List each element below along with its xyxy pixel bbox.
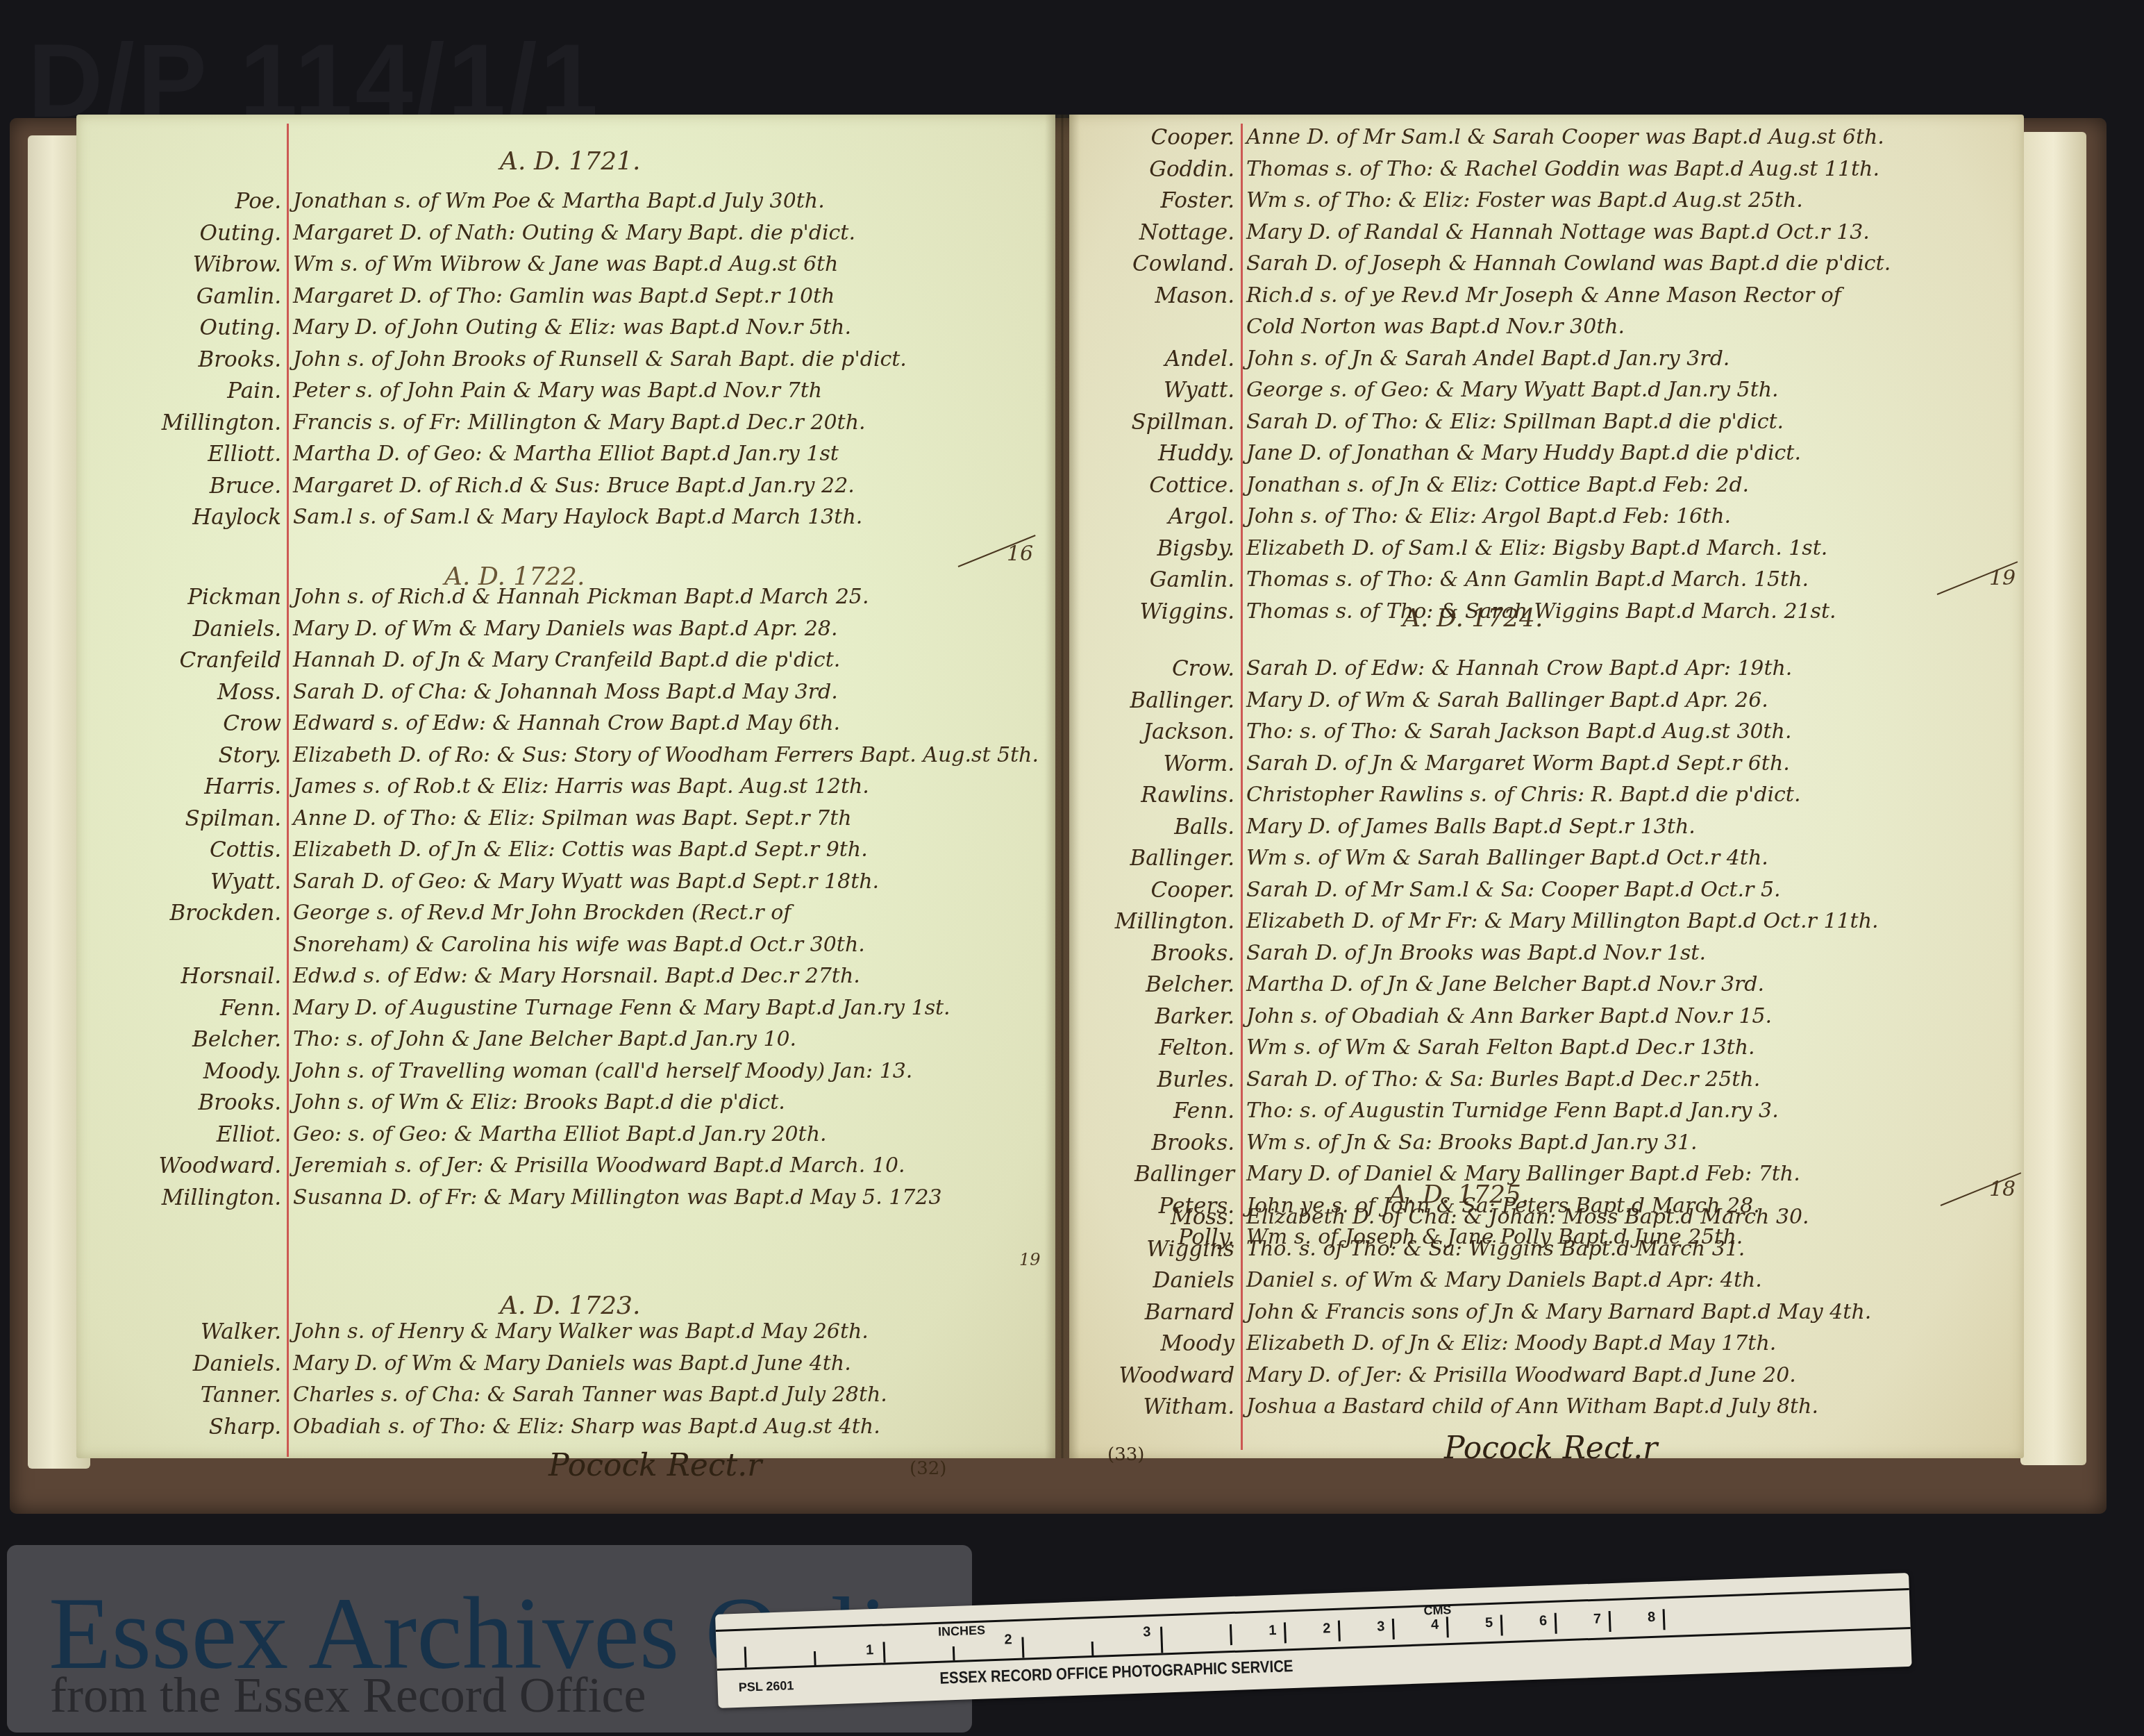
baptism-entry: Tho: s. of Tho: & Sarah Jackson Bapt.d A…: [1246, 719, 1791, 744]
entry-surname: Moody.: [203, 1059, 281, 1084]
entry-surname: Brooks.: [1152, 941, 1234, 966]
entry-surname: Fenn.: [1173, 1099, 1234, 1124]
entry-surname: Ballinger.: [1130, 688, 1234, 713]
baptism-entry: Wm s. of Tho: & Eliz: Foster was Bapt.d …: [1246, 188, 1803, 212]
cm-label: 8: [1648, 1610, 1656, 1626]
entry-surname: Barker.: [1155, 1004, 1234, 1029]
entry-surname: Pain.: [227, 378, 281, 403]
baptism-entry: Sam.l s. of Sam.l & Mary Haylock Bapt.d …: [293, 505, 862, 529]
baptism-entry: John s. of Rich.d & Hannah Pickman Bapt.…: [293, 585, 869, 609]
entry-surname: Tanner.: [201, 1383, 281, 1408]
entry-surname: Rawlins.: [1141, 783, 1234, 808]
baptism-entry: Sarah D. of Tho: & Eliz: Spillman Bapt.d…: [1246, 410, 1784, 434]
baptism-entry: Wm s. of Wm & Sarah Ballinger Bapt.d Oct…: [1246, 846, 1768, 870]
baptism-entry: Sarah D. of Jn Brooks was Bapt.d Nov.r 1…: [1246, 941, 1706, 965]
entry-surname: Brockden.: [170, 901, 281, 926]
baptism-entry: Sarah D. of Jn & Margaret Worm Bapt.d Se…: [1246, 751, 1790, 776]
baptism-entry: Tho: s. of John & Jane Belcher Bapt.d Ja…: [293, 1027, 796, 1051]
entry-surname: Ballinger: [1134, 1162, 1234, 1187]
entry-surname: Sharp.: [209, 1414, 281, 1439]
baptism-entry: George s. of Rev.d Mr John Brockden (Rec…: [293, 901, 791, 925]
baptism-entry: Charles s. of Cha: & Sarah Tanner was Ba…: [293, 1383, 887, 1407]
ruler-tick: [1284, 1622, 1287, 1643]
entry-surname: Daniels.: [193, 617, 281, 642]
entry-surname: Millington.: [1115, 909, 1234, 934]
cm-label: 7: [1593, 1611, 1602, 1627]
entry-surname: Wiggins.: [1139, 599, 1234, 624]
inch-label: 1: [866, 1642, 874, 1658]
baptism-entry: Obadiah s. of Tho: & Eliz: Sharp was Bap…: [293, 1414, 880, 1439]
cm-label: 2: [1323, 1621, 1331, 1637]
baptism-entry: Mary D. of Wm & Mary Daniels was Bapt.d …: [293, 617, 837, 641]
baptism-entry: James s. of Rob.t & Eliz: Harris was Bap…: [293, 774, 869, 799]
baptism-entry: Wm s. of Wm & Sarah Felton Bapt.d Dec.r …: [1246, 1035, 1755, 1060]
entry-surname: Goddin.: [1149, 157, 1234, 182]
ruler-tick: [1500, 1614, 1503, 1635]
entry-surname: Andel.: [1165, 347, 1234, 372]
entry-surname: Story.: [219, 743, 281, 768]
baptism-entry: Tho: s. of Augustin Turnidge Fenn Bapt.d…: [1246, 1099, 1779, 1123]
left-margin-rule: [287, 124, 289, 1457]
right-page-edges: [2020, 132, 2086, 1465]
ruler-tick: [1160, 1627, 1163, 1653]
entry-surname: Cooper.: [1150, 878, 1234, 903]
baptism-entry: Margaret D. of Rich.d & Sus: Bruce Bapt.…: [293, 474, 855, 498]
baptism-entry: Mary D. of James Balls Bapt.d Sept.r 13t…: [1246, 815, 1695, 839]
entry-surname: Poe.: [235, 189, 281, 214]
entry-surname: Harris.: [204, 774, 281, 799]
entry-surname: Gamlin.: [1150, 567, 1234, 592]
baptism-entry: Jonathan s. of Jn & Eliz: Cottice Bapt.d…: [1246, 473, 1749, 497]
entry-surname: Huddy.: [1158, 441, 1234, 466]
baptism-entry: Tho. s. of Tho: & Sa: Wiggins Bapt.d Mar…: [1246, 1237, 1745, 1261]
baptism-entry: Edward s. of Edw: & Hannah Crow Bapt.d M…: [293, 711, 840, 735]
entry-surname: Millington.: [162, 410, 281, 435]
ruler-tick: [1021, 1637, 1024, 1658]
ruler-tick: [1392, 1619, 1395, 1639]
entry-surname: Wibrow.: [193, 252, 281, 277]
baptism-entry: Margaret D. of Nath: Outing & Mary Bapt.…: [293, 221, 855, 245]
cm-label: 4: [1431, 1617, 1439, 1633]
entry-surname: Jackson.: [1144, 719, 1234, 744]
ruler-service-label: ESSEX RECORD OFFICE PHOTOGRAPHIC SERVICE: [939, 1657, 1293, 1689]
baptism-entry: Francis s. of Fr: Millington & Mary Bapt…: [293, 410, 866, 435]
entry-surname: Fenn.: [220, 996, 281, 1021]
ruler-divider: [717, 1627, 1911, 1671]
baptism-entry: Thomas s. of Tho: & Ann Gamlin Bapt.d Ma…: [1246, 567, 1809, 592]
ruler-tick: [1338, 1621, 1341, 1642]
entry-surname: Horsnail.: [181, 964, 281, 989]
watermark-subtitle: from the Essex Record Office: [50, 1667, 646, 1724]
book-gutter: [1045, 115, 1080, 1458]
entry-surname: Wiggins: [1146, 1237, 1234, 1262]
entry-surname: Elliott.: [208, 442, 281, 467]
baptism-entry: Elizabeth D. of Sam.l & Eliz: Bigsby Bap…: [1246, 536, 1827, 560]
baptism-entry: John s. of Henry & Mary Walker was Bapt.…: [293, 1319, 869, 1344]
baptism-entry: Margaret D. of Tho: Gamlin was Bapt.d Se…: [293, 284, 835, 308]
baptism-entry: Jeremiah s. of Jer: & Prisilla Woodward …: [293, 1153, 905, 1178]
baptism-entry: Mary D. of Wm & Mary Daniels was Bapt.d …: [293, 1351, 851, 1376]
entry-surname: Outing.: [200, 221, 281, 246]
ruler-tick: [1609, 1611, 1611, 1632]
baptism-entry: John s. of Wm & Eliz: Brooks Bapt.d die …: [293, 1090, 785, 1115]
baptism-entry: Sarah D. of Edw: & Hannah Crow Bapt.d Ap…: [1246, 656, 1792, 681]
ruler-tick: [1555, 1613, 1557, 1634]
rector-signature: Pocock Rect.r: [1444, 1430, 1657, 1466]
baptism-entry: Christopher Rawlins s. of Chris: R. Bapt…: [1246, 783, 1800, 807]
entry-surname: Moss.: [1171, 1205, 1234, 1230]
baptism-entry: Thomas s. of Tho: & Rachel Goddin was Ba…: [1246, 157, 1879, 181]
page-number: (33): [1107, 1444, 1144, 1465]
entry-surname: Woodward.: [159, 1153, 281, 1178]
entry-surname: Pickman: [187, 585, 281, 610]
entry-surname: Belcher.: [192, 1027, 281, 1052]
ruler-tick: [814, 1651, 816, 1665]
baptism-entry: Geo: s. of Geo: & Martha Elliot Bapt.d J…: [293, 1122, 827, 1146]
baptism-entry: Elizabeth D. of Jn & Eliz: Cottis was Ba…: [293, 837, 868, 862]
baptism-entry: John s. of Tho: & Eliz: Argol Bapt.d Feb…: [1246, 504, 1731, 528]
entry-surname: Daniels: [1153, 1268, 1234, 1293]
entry-surname: Millington.: [162, 1185, 281, 1210]
baptism-entry: Sarah D. of Cha: & Johannah Moss Bapt.d …: [293, 680, 838, 704]
baptism-entry: John s. of Obadiah & Ann Barker Bapt.d N…: [1246, 1004, 1772, 1028]
cm-label: 1: [1268, 1623, 1277, 1639]
baptism-entry: Thomas s. of Tho: & Sarah Wiggins Bapt.d…: [1246, 599, 1836, 624]
entry-surname: Crow.: [1172, 656, 1234, 681]
page-tally: 19: [1019, 1250, 1041, 1269]
baptism-entry: Martha D. of Geo: & Martha Elliot Bapt.d…: [293, 442, 839, 466]
baptism-entry: Sarah D. of Mr Sam.l & Sa: Cooper Bapt.d…: [1246, 878, 1781, 902]
baptism-entry: Rich.d s. of ye Rev.d Mr Joseph & Anne M…: [1246, 283, 1841, 308]
baptism-entry: Elizabeth D. of Mr Fr: & Mary Millington…: [1246, 909, 1879, 933]
entry-surname: Worm.: [1164, 751, 1235, 776]
baptism-entry: Jane D. of Jonathan & Mary Huddy Bapt.d …: [1246, 441, 1801, 465]
baptism-entry: John & Francis sons of Jn & Mary Barnard…: [1246, 1300, 1871, 1324]
entry-surname: Spillman.: [1131, 410, 1234, 435]
baptism-entry: Mary D. of Wm & Sarah Ballinger Bapt.d A…: [1246, 688, 1768, 712]
entry-surname: Haylock: [192, 505, 281, 530]
entry-surname: Gamlin.: [196, 284, 281, 309]
entry-surname: Cottis.: [210, 837, 281, 862]
baptism-entry: Elizabeth D. of Jn & Eliz: Moody Bapt.d …: [1246, 1331, 1776, 1355]
ruler-tick: [1230, 1624, 1232, 1645]
baptism-entry: John s. of Jn & Sarah Andel Bapt.d Jan.r…: [1246, 347, 1730, 371]
baptism-entry: Anne D. of Tho: & Eliz: Spilman was Bapt…: [293, 806, 852, 831]
entry-surname: Wyatt.: [210, 869, 281, 894]
ruler-tick: [744, 1646, 747, 1667]
cm-label: 5: [1485, 1615, 1493, 1631]
entry-surname: Belcher.: [1146, 972, 1234, 997]
entry-surname: Walker.: [201, 1319, 281, 1344]
entry-surname: Bruce.: [210, 474, 281, 499]
entry-surname: Foster.: [1161, 188, 1234, 213]
entry-surname: Argol.: [1169, 504, 1234, 529]
baptism-entry: Joshua a Bastard child of Ann Witham Bap…: [1246, 1394, 1818, 1419]
ruler-tick: [1446, 1617, 1449, 1637]
entry-surname: Felton.: [1159, 1035, 1234, 1060]
entry-surname: Barnard: [1145, 1300, 1234, 1325]
entry-surname: Crow: [223, 711, 281, 736]
cm-label: 3: [1377, 1619, 1385, 1635]
entry-surname: Woodward: [1119, 1363, 1234, 1388]
baptism-entry: Sarah D. of Joseph & Hannah Cowland was …: [1246, 251, 1891, 276]
entry-surname: Brooks.: [199, 1090, 281, 1115]
baptism-entry: Edw.d s. of Edw: & Mary Horsnail. Bapt.d…: [293, 964, 860, 988]
baptism-entry: Anne D. of Mr Sam.l & Sarah Cooper was B…: [1246, 125, 1884, 149]
ruler-code: PSL 2601: [738, 1678, 794, 1695]
baptism-entry: Sarah D. of Geo: & Mary Wyatt was Bapt.d…: [293, 869, 879, 894]
entry-surname: Ballinger.: [1130, 846, 1234, 871]
baptism-entry: Sarah D. of Tho: & Sa: Burles Bapt.d Dec…: [1246, 1067, 1760, 1092]
year-heading: A. D. 1723.: [500, 1292, 640, 1320]
baptism-entry: Peter s. of John Pain & Mary was Bapt.d …: [293, 378, 822, 403]
inch-label: 3: [1143, 1624, 1151, 1640]
inches-unit-label: INCHES: [938, 1623, 986, 1639]
ruler-tick: [1091, 1642, 1094, 1655]
cm-label: 6: [1539, 1613, 1548, 1629]
baptism-entry: Mary D. of Daniel & Mary Ballinger Bapt.…: [1246, 1162, 1800, 1186]
entry-surname: Cranfeild: [180, 648, 281, 673]
baptism-entry: Susanna D. of Fr: & Mary Millington was …: [293, 1185, 942, 1210]
entry-surname: Balls.: [1174, 815, 1234, 840]
entry-surname: Nottage.: [1139, 220, 1234, 245]
entry-surname: Bigsby.: [1157, 536, 1234, 561]
baptism-entry: Wm s. of Wm Wibrow & Jane was Bapt.d Aug…: [293, 252, 838, 276]
entry-surname: Elliot.: [217, 1122, 281, 1147]
entry-surname: Cottice.: [1149, 473, 1234, 498]
right-margin-rule: [1241, 124, 1243, 1450]
entry-surname: Cowland.: [1132, 251, 1234, 276]
entry-surname: Burles.: [1157, 1067, 1234, 1092]
entry-surname: Wyatt.: [1164, 378, 1234, 403]
baptism-entry: John s. of Travelling woman (call'd hers…: [293, 1059, 912, 1083]
baptism-entry: Wm s. of Jn & Sa: Brooks Bapt.d Jan.ry 3…: [1246, 1130, 1698, 1155]
entry-surname: Brooks.: [1152, 1130, 1234, 1155]
baptism-entry: John s. of John Brooks of Runsell & Sara…: [293, 347, 907, 372]
year-heading: A. D. 1721.: [500, 147, 640, 176]
entry-surname: Mason.: [1155, 283, 1234, 308]
baptism-entry: Mary D. of Augustine Turnage Fenn & Mary…: [293, 996, 950, 1020]
inch-label: 2: [1004, 1632, 1012, 1648]
entry-surname: Outing.: [200, 315, 281, 340]
cms-unit-label: CMS: [1423, 1603, 1452, 1618]
baptism-entry: Cold Norton was Bapt.d Nov.r 30th.: [1246, 315, 1625, 339]
baptism-entry: Martha D. of Jn & Jane Belcher Bapt.d No…: [1246, 972, 1764, 996]
page-tally: 19: [1989, 566, 2016, 590]
page-number: (32): [910, 1458, 946, 1479]
entry-surname: Brooks.: [199, 347, 281, 372]
entry-surname: Witham.: [1144, 1394, 1234, 1419]
ruler-tick: [953, 1646, 955, 1660]
baptism-entry: Daniel s. of Wm & Mary Daniels Bapt.d Ap…: [1246, 1268, 1762, 1292]
baptism-entry: Jonathan s. of Wm Poe & Martha Bapt.d Ju…: [293, 189, 825, 213]
entry-surname: Moss.: [217, 680, 281, 705]
entry-surname: Moody: [1161, 1331, 1234, 1356]
ruler-tick: [883, 1642, 886, 1662]
entry-surname: Daniels.: [193, 1351, 281, 1376]
baptism-entry: Mary D. of Jer: & Prisilla Woodward Bapt…: [1246, 1363, 1796, 1387]
entry-surname: Spilman.: [185, 806, 281, 831]
entry-surname: Cooper.: [1150, 125, 1234, 150]
baptism-entry: George s. of Geo: & Mary Wyatt Bapt.d Ja…: [1246, 378, 1779, 402]
rector-signature: Pocock Rect.r: [548, 1448, 762, 1483]
baptism-entry: Hannah D. of Jn & Mary Cranfeild Bapt.d …: [293, 648, 840, 672]
baptism-entry: Elizabeth D. of Ro: & Sus: Story of Wood…: [293, 743, 1039, 767]
baptism-entry: Mary D. of Randal & Hannah Nottage was B…: [1246, 220, 1870, 244]
baptism-entry: Snoreham) & Carolina his wife was Bapt.d…: [293, 933, 865, 957]
ruler-tick: [1663, 1609, 1666, 1630]
baptism-entry: Mary D. of John Outing & Eliz: was Bapt.…: [293, 315, 851, 340]
baptism-entry: Elizabeth D. of Cha: & Johan: Moss Bapt.…: [1246, 1205, 1809, 1229]
